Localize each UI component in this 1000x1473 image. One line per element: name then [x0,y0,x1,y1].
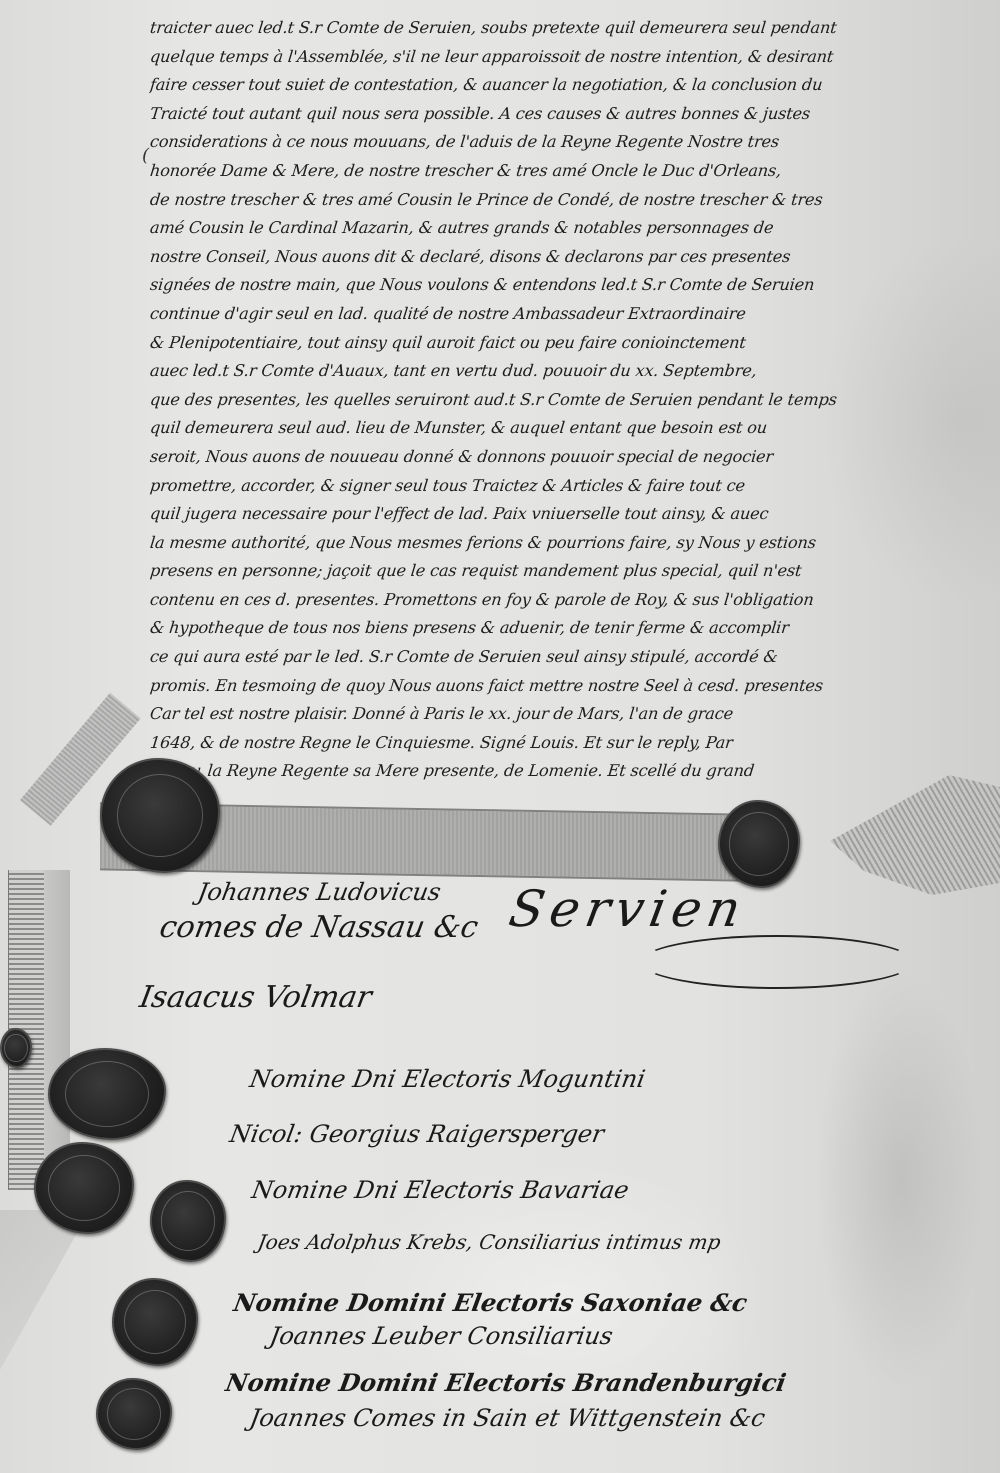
wax-seal-icon [150,1180,226,1262]
signature-nassau-line2: comes de Nassau &c [157,910,481,945]
signature-raigersperger: Nicol: Georgius Raigersperger [228,1120,607,1148]
signature-nassau-line1: Johannes Ludovicus [196,878,443,906]
wax-seal-icon [112,1278,198,1366]
text-line: presens en personne; jaçoit que le cas r… [148,557,911,586]
signature-volmar: Isaacus Volmar [137,980,374,1015]
wax-seal-icon [34,1142,134,1234]
text-line: quil jugera necessaire pour l'effect de … [148,500,911,529]
manuscript-body: traicter auec led.t S.r Comte de Seruien… [150,4,910,786]
text-line: continue d'agir seul en lad. qualité de … [148,300,911,329]
text-line: nostre Conseil, Nous auons dit & declaré… [148,243,911,272]
signature-wittgenstein: Joannes Comes in Sain et Wittgenstein &c [248,1404,768,1432]
wax-seal-icon [0,1028,32,1068]
text-line: traicter auec led.t S.r Comte de Seruien… [148,14,911,43]
text-line: quelque temps à l'Assemblée, s'il ne leu… [148,43,911,72]
text-line: considerations à ce nous mouuans, de l'a… [148,128,911,157]
text-line: Car tel est nostre plaisir. Donné à Pari… [148,700,911,729]
text-line: auec led.t S.r Comte d'Auaux, tant en ve… [148,357,911,386]
wax-seal-icon [96,1378,172,1450]
signature-brandenburg-label: Nomine Domini Electoris Brandenburgici [223,1368,788,1397]
text-line: signées de nostre main, que Nous voulons… [148,271,911,300]
text-line: Traicté tout autant quil nous sera possi… [148,100,911,129]
text-line: honorée Dame & Mere, de nostre trescher … [148,157,911,186]
signature-servien: Servien [505,880,751,938]
text-line: amé Cousin le Cardinal Mazarin, & autres… [148,214,911,243]
text-line: quil demeurera seul aud. lieu de Munster… [148,414,911,443]
text-line: & Plenipotentiaire, tout ainsy quil auro… [148,329,911,358]
wax-seal-icon [48,1048,166,1140]
text-line: seroit, Nous auons de nouueau donné & do… [148,443,911,472]
signature-bavaria-label: Nomine Dni Electoris Bavariae [250,1176,632,1204]
text-line: promettre, accorder, & signer seul tous … [148,472,911,501]
signature-saxony-label: Nomine Domini Electoris Saxoniae &c [231,1288,749,1317]
signature-flourish [640,935,914,989]
signature-mainz-label: Nomine Dni Electoris Moguntini [248,1065,648,1093]
text-line: faire cesser tout suiet de contestation,… [148,71,911,100]
signature-krebs: Joes Adolphus Krebs, Consiliarius intimu… [256,1230,723,1254]
signature-leuber: Joannes Leuber Consiliarius [268,1322,615,1350]
wax-seal-icon [100,758,220,873]
text-line: la mesme authorité, que Nous mesmes feri… [148,529,911,558]
text-line: contenu en ces d. presentes. Promettons … [148,586,911,615]
wax-seal-icon [718,800,800,888]
text-line: 1648, & de nostre Regne le Cinquiesme. S… [148,729,911,758]
text-line: le Roy, la Reyne Regente sa Mere present… [148,757,911,786]
text-line: que des presentes, les quelles seruiront… [148,386,911,415]
text-line: promis. En tesmoing de quoy Nous auons f… [148,672,911,701]
text-line: de nostre trescher & tres amé Cousin le … [148,186,911,215]
text-line: & hypotheque de tous nos biens presens &… [148,614,911,643]
text-line: ce qui aura esté par le led. S.r Comte d… [148,643,911,672]
